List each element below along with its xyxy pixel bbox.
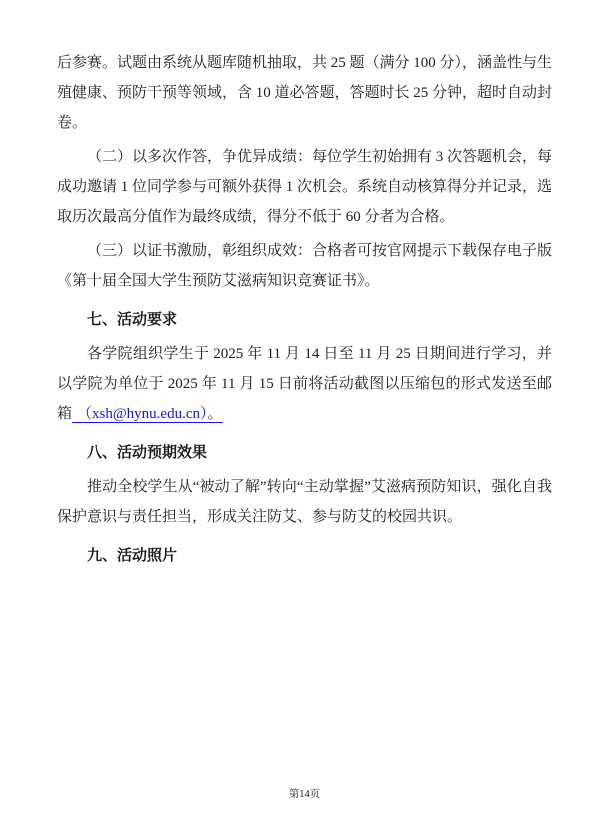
page-number: 第14页 xyxy=(0,788,609,802)
heading-activity-photos: 九、活动照片 xyxy=(57,541,552,571)
heading-expected-results: 八、活动预期效果 xyxy=(57,438,552,468)
paragraph-multiple-attempts: （二）以多次作答，争优异成绩：每位学生初始拥有 3 次答题机会，每成功邀请 1 … xyxy=(57,142,552,232)
heading-activity-requirements: 七、活动要求 xyxy=(57,305,552,335)
document-page: 后参赛。试题由系统从题库随机抽取，共 25 题（满分 100 分），涵盖性与生殖… xyxy=(0,0,609,829)
paragraph-expected-results: 推动全校学生从“被动了解”转向“主动掌握”艾滋病预防知识，强化自我保护意识与责任… xyxy=(57,472,552,532)
email-link-suffix: 。 xyxy=(207,406,222,422)
paragraph-certificate-incentive: （三）以证书激励，彰组织成效：合格者可按官网提示下载保存电子版《第十届全国大学生… xyxy=(57,236,552,296)
email-link-wrap: （xsh@hynu.edu.cn）。 xyxy=(72,406,222,423)
paragraph-exam-rules: 后参赛。试题由系统从题库随机抽取，共 25 题（满分 100 分），涵盖性与生殖… xyxy=(57,48,552,138)
email-link[interactable]: （xsh@hynu.edu.cn） xyxy=(77,406,207,422)
document-body: 后参赛。试题由系统从题库随机抽取，共 25 题（满分 100 分），涵盖性与生殖… xyxy=(57,48,552,575)
paragraph-requirements: 各学院组织学生于 2025 年 11 月 14 日至 11 月 25 日期间进行… xyxy=(57,339,552,429)
